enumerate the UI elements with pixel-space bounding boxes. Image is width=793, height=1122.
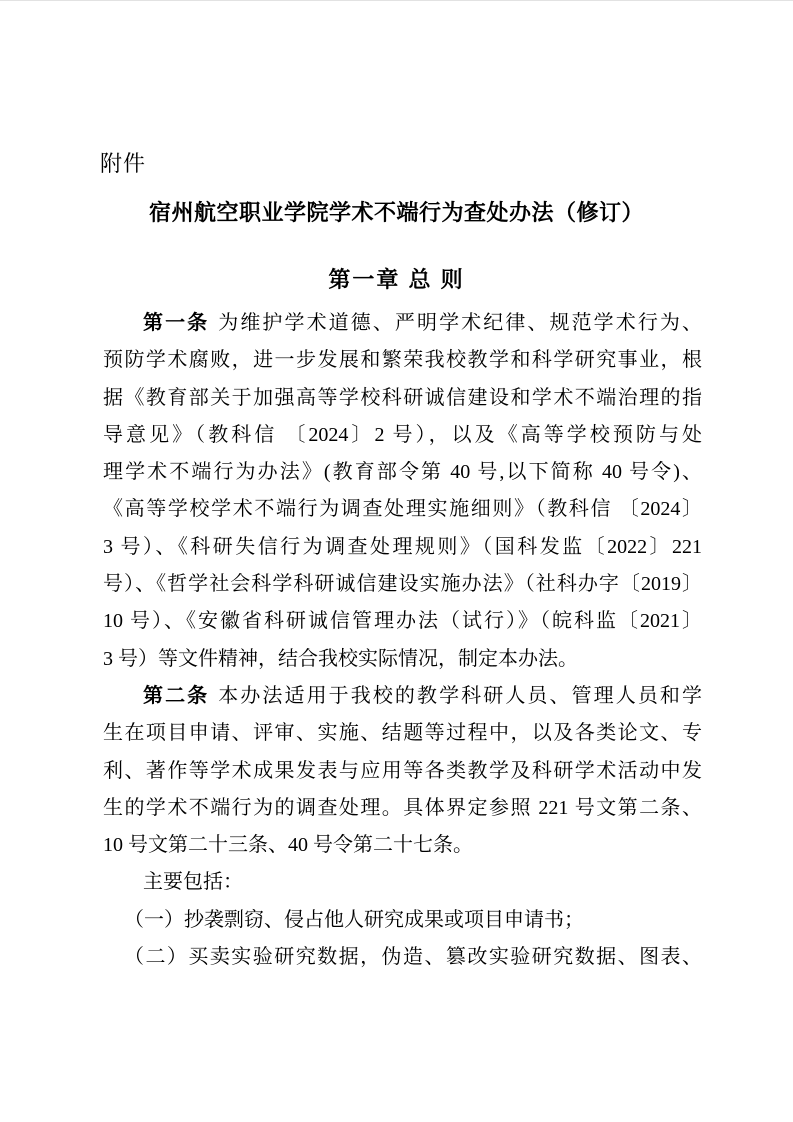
article-number-label: 第一条 bbox=[143, 312, 209, 334]
body-line-text: 主要包括： bbox=[143, 871, 243, 893]
body-line: 第一条为维护学术道德、严明学术纪律、规范学术行为、 bbox=[103, 305, 702, 342]
body-line-text: 预防学术腐败，进一步发展和繁荣我校教学和科学研究事业，根 bbox=[103, 349, 702, 371]
body-line-text: 导意见》（教科信 〔2024〕2 号），以及《高等学校预防与处 bbox=[103, 424, 702, 446]
body-line-text: 理学术不端行为办法》(教育部令第 40 号,以下简称 40 号令)、 bbox=[103, 461, 702, 483]
body-line: 10 号文第二十三条、40 号令第二十七条。 bbox=[103, 827, 702, 864]
body-line: 导意见》（教科信 〔2024〕2 号），以及《高等学校预防与处 bbox=[103, 417, 702, 454]
body-line-text: （二）买卖实验研究数据，伪造、篡改实验研究数据、图表、 bbox=[124, 946, 702, 968]
body-line: 10 号）、《安徽省科研诚信管理办法（试行）》（皖科监〔2021〕 bbox=[103, 603, 702, 640]
body-line-text: 本办法适用于我校的教学科研人员、管理人员和学 bbox=[218, 685, 702, 707]
attachment-label: 附件 bbox=[100, 147, 146, 178]
document-body: 第一条为维护学术道德、严明学术纪律、规范学术行为、 预防学术腐败，进一步发展和繁… bbox=[103, 305, 702, 976]
body-line: 生在项目申请、评审、实施、结题等过程中，以及各类论文、专 bbox=[103, 715, 702, 752]
list-item: （一）抄袭剽窃、侵占他人研究成果或项目申请书； bbox=[103, 902, 702, 939]
body-line-text: 3 号）等文件精神，结合我校实际情况，制定本办法。 bbox=[103, 648, 578, 670]
list-item: （二）买卖实验研究数据，伪造、篡改实验研究数据、图表、 bbox=[103, 939, 702, 976]
document-title: 宿州航空职业学院学术不端行为查处办法（修订） bbox=[0, 196, 793, 227]
body-line: 《高等学校学术不端行为调查处理实施细则》（教科信 〔2024〕 bbox=[103, 491, 702, 528]
body-line: 主要包括： bbox=[103, 864, 702, 901]
body-line: 生的学术不端行为的调查处理。具体界定参照 221 号文第二条、 bbox=[103, 790, 702, 827]
body-line: 预防学术腐败，进一步发展和繁荣我校教学和科学研究事业，根 bbox=[103, 342, 702, 379]
body-line-text: 生在项目申请、评审、实施、结题等过程中，以及各类论文、专 bbox=[103, 722, 702, 744]
document-page: 附件 宿州航空职业学院学术不端行为查处办法（修订） 第一章 总 则 第一条为维护… bbox=[0, 0, 793, 1122]
body-line-text: 10 号文第二十三条、40 号令第二十七条。 bbox=[103, 834, 473, 856]
body-line: 第二条本办法适用于我校的教学科研人员、管理人员和学 bbox=[103, 678, 702, 715]
body-line: 据《教育部关于加强高等学校科研诚信建设和学术不端治理的指 bbox=[103, 380, 702, 417]
body-line: 号）、《哲学社会科学科研诚信建设实施办法》（社科办字〔2019〕 bbox=[103, 566, 702, 603]
article-number-label: 第二条 bbox=[143, 685, 209, 707]
body-line-text: 为维护学术道德、严明学术纪律、规范学术行为、 bbox=[218, 312, 702, 334]
body-line-text: 利、著作等学术成果发表与应用等各类教学及科研学术活动中发 bbox=[103, 760, 702, 782]
body-line: 利、著作等学术成果发表与应用等各类教学及科研学术活动中发 bbox=[103, 753, 702, 790]
body-line-text: 据《教育部关于加强高等学校科研诚信建设和学术不端治理的指 bbox=[103, 387, 702, 409]
body-line: 3 号）、《科研失信行为调查处理规则》（国科发监〔2022〕221 bbox=[103, 529, 702, 566]
body-line: 理学术不端行为办法》(教育部令第 40 号,以下简称 40 号令)、 bbox=[103, 454, 702, 491]
body-line-text: 生的学术不端行为的调查处理。具体界定参照 221 号文第二条、 bbox=[103, 797, 702, 819]
body-line-text: 《高等学校学术不端行为调查处理实施细则》（教科信 〔2024〕 bbox=[103, 498, 702, 520]
body-line-text: （一）抄袭剽窃、侵占他人研究成果或项目申请书； bbox=[124, 909, 584, 931]
body-line-text: 10 号）、《安徽省科研诚信管理办法（试行）》（皖科监〔2021〕 bbox=[103, 610, 702, 632]
body-line-text: 号）、《哲学社会科学科研诚信建设实施办法》（社科办字〔2019〕 bbox=[103, 573, 702, 595]
chapter-heading: 第一章 总 则 bbox=[0, 263, 793, 294]
body-line-text: 3 号）、《科研失信行为调查处理规则》（国科发监〔2022〕221 bbox=[103, 536, 702, 558]
body-line: 3 号）等文件精神，结合我校实际情况，制定本办法。 bbox=[103, 641, 702, 678]
